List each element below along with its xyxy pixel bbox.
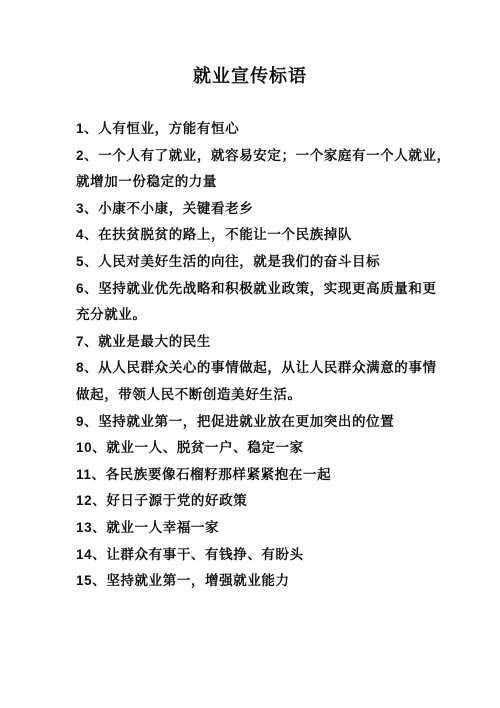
slogan-line-5: 5、人民对美好生活的向往，就是我们的奋斗目标 bbox=[76, 249, 436, 276]
slogan-text: 、让群众有事干、有钱挣、有盼头 bbox=[92, 547, 304, 563]
slogan-number: 9 bbox=[76, 414, 84, 429]
slogan-line-13: 13、就业一人幸福一家 bbox=[76, 515, 436, 542]
slogan-line-4: 4、在扶贫脱贫的路上，不能让一个民族掉队 bbox=[76, 222, 436, 249]
slogan-line-3: 3、小康不小康，关键看老乡 bbox=[76, 196, 436, 223]
slogan-text: 、好日子源于党的好政策 bbox=[92, 493, 247, 509]
slogan-text: 、各民族要像石榴籽那样紧紧抱在一起 bbox=[91, 467, 331, 483]
slogan-line-1: 1、人有恒业，方能有恒心 bbox=[76, 116, 436, 143]
slogan-line-15: 15、坚持就业第一，增强就业能力 bbox=[76, 568, 436, 595]
slogan-line-8-continued: 做起，带领人民不断创造美好生活。 bbox=[76, 382, 436, 409]
slogan-text: 、一个人有了就业，就容易安定；一个家庭有一个人就业， bbox=[84, 148, 451, 164]
slogan-text: 、就业一人、脱贫一户、稳定一家 bbox=[92, 440, 304, 456]
page-title: 就业宣传标语 bbox=[0, 62, 500, 88]
slogan-number: 2 bbox=[76, 148, 84, 163]
slogan-number: 6 bbox=[76, 281, 84, 296]
slogan-line-11: 11、各民族要像石榴籽那样紧紧抱在一起 bbox=[76, 462, 436, 489]
slogan-number: 5 bbox=[76, 254, 84, 269]
slogan-number: 14 bbox=[76, 547, 92, 562]
slogan-line-6: 6、坚持就业优先战略和积极就业政策，实现更高质量和更 bbox=[76, 276, 436, 303]
slogan-text: 、在扶贫脱贫的路上，不能让一个民族掉队 bbox=[84, 227, 352, 243]
slogan-text: 就增加一份稳定的力量 bbox=[76, 174, 217, 190]
slogan-number: 13 bbox=[76, 520, 92, 535]
slogan-text: 、坚持就业第一，把促进就业放在更加突出的位置 bbox=[84, 414, 394, 430]
slogan-text: 、人民对美好生活的向往，就是我们的奋斗目标 bbox=[84, 254, 380, 270]
slogan-text: 、就业是最大的民生 bbox=[84, 334, 211, 350]
slogan-line-8: 8、从人民群众关心的事情做起，从让人民群众满意的事情 bbox=[76, 355, 436, 382]
slogan-number: 7 bbox=[76, 334, 84, 349]
slogan-text: 做起，带领人民不断创造美好生活。 bbox=[76, 387, 302, 403]
slogan-number: 12 bbox=[76, 493, 92, 508]
slogan-line-9: 9、坚持就业第一，把促进就业放在更加突出的位置 bbox=[76, 409, 436, 436]
slogan-text: 、从人民群众关心的事情做起，从让人民群众满意的事情 bbox=[84, 360, 437, 376]
slogan-text: 、坚持就业优先战略和积极就业政策，实现更高质量和更 bbox=[84, 281, 437, 297]
slogan-line-2: 2、一个人有了就业，就容易安定；一个家庭有一个人就业， bbox=[76, 143, 436, 170]
slogan-number: 3 bbox=[76, 201, 84, 216]
slogan-line-12: 12、好日子源于党的好政策 bbox=[76, 488, 436, 515]
slogan-line-6-continued: 充分就业。 bbox=[76, 302, 436, 329]
slogan-number: 1 bbox=[76, 121, 84, 136]
slogan-number: 11 bbox=[76, 467, 91, 482]
slogan-number: 4 bbox=[76, 227, 84, 242]
slogan-number: 10 bbox=[76, 440, 92, 455]
slogan-text: 、人有恒业，方能有恒心 bbox=[84, 121, 239, 137]
slogan-line-7: 7、就业是最大的民生 bbox=[76, 329, 436, 356]
slogan-text: 、坚持就业第一，增强就业能力 bbox=[92, 573, 289, 589]
slogan-list: 1、人有恒业，方能有恒心 2、一个人有了就业，就容易安定；一个家庭有一个人就业，… bbox=[76, 116, 436, 595]
slogan-text: 、小康不小康，关键看老乡 bbox=[84, 201, 253, 217]
slogan-text: 充分就业。 bbox=[76, 307, 147, 323]
slogan-number: 15 bbox=[76, 573, 92, 588]
slogan-line-14: 14、让群众有事干、有钱挣、有盼头 bbox=[76, 542, 436, 569]
slogan-line-10: 10、就业一人、脱贫一户、稳定一家 bbox=[76, 435, 436, 462]
slogan-line-2-continued: 就增加一份稳定的力量 bbox=[76, 169, 436, 196]
slogan-text: 、就业一人幸福一家 bbox=[92, 520, 219, 536]
slogan-number: 8 bbox=[76, 360, 84, 375]
